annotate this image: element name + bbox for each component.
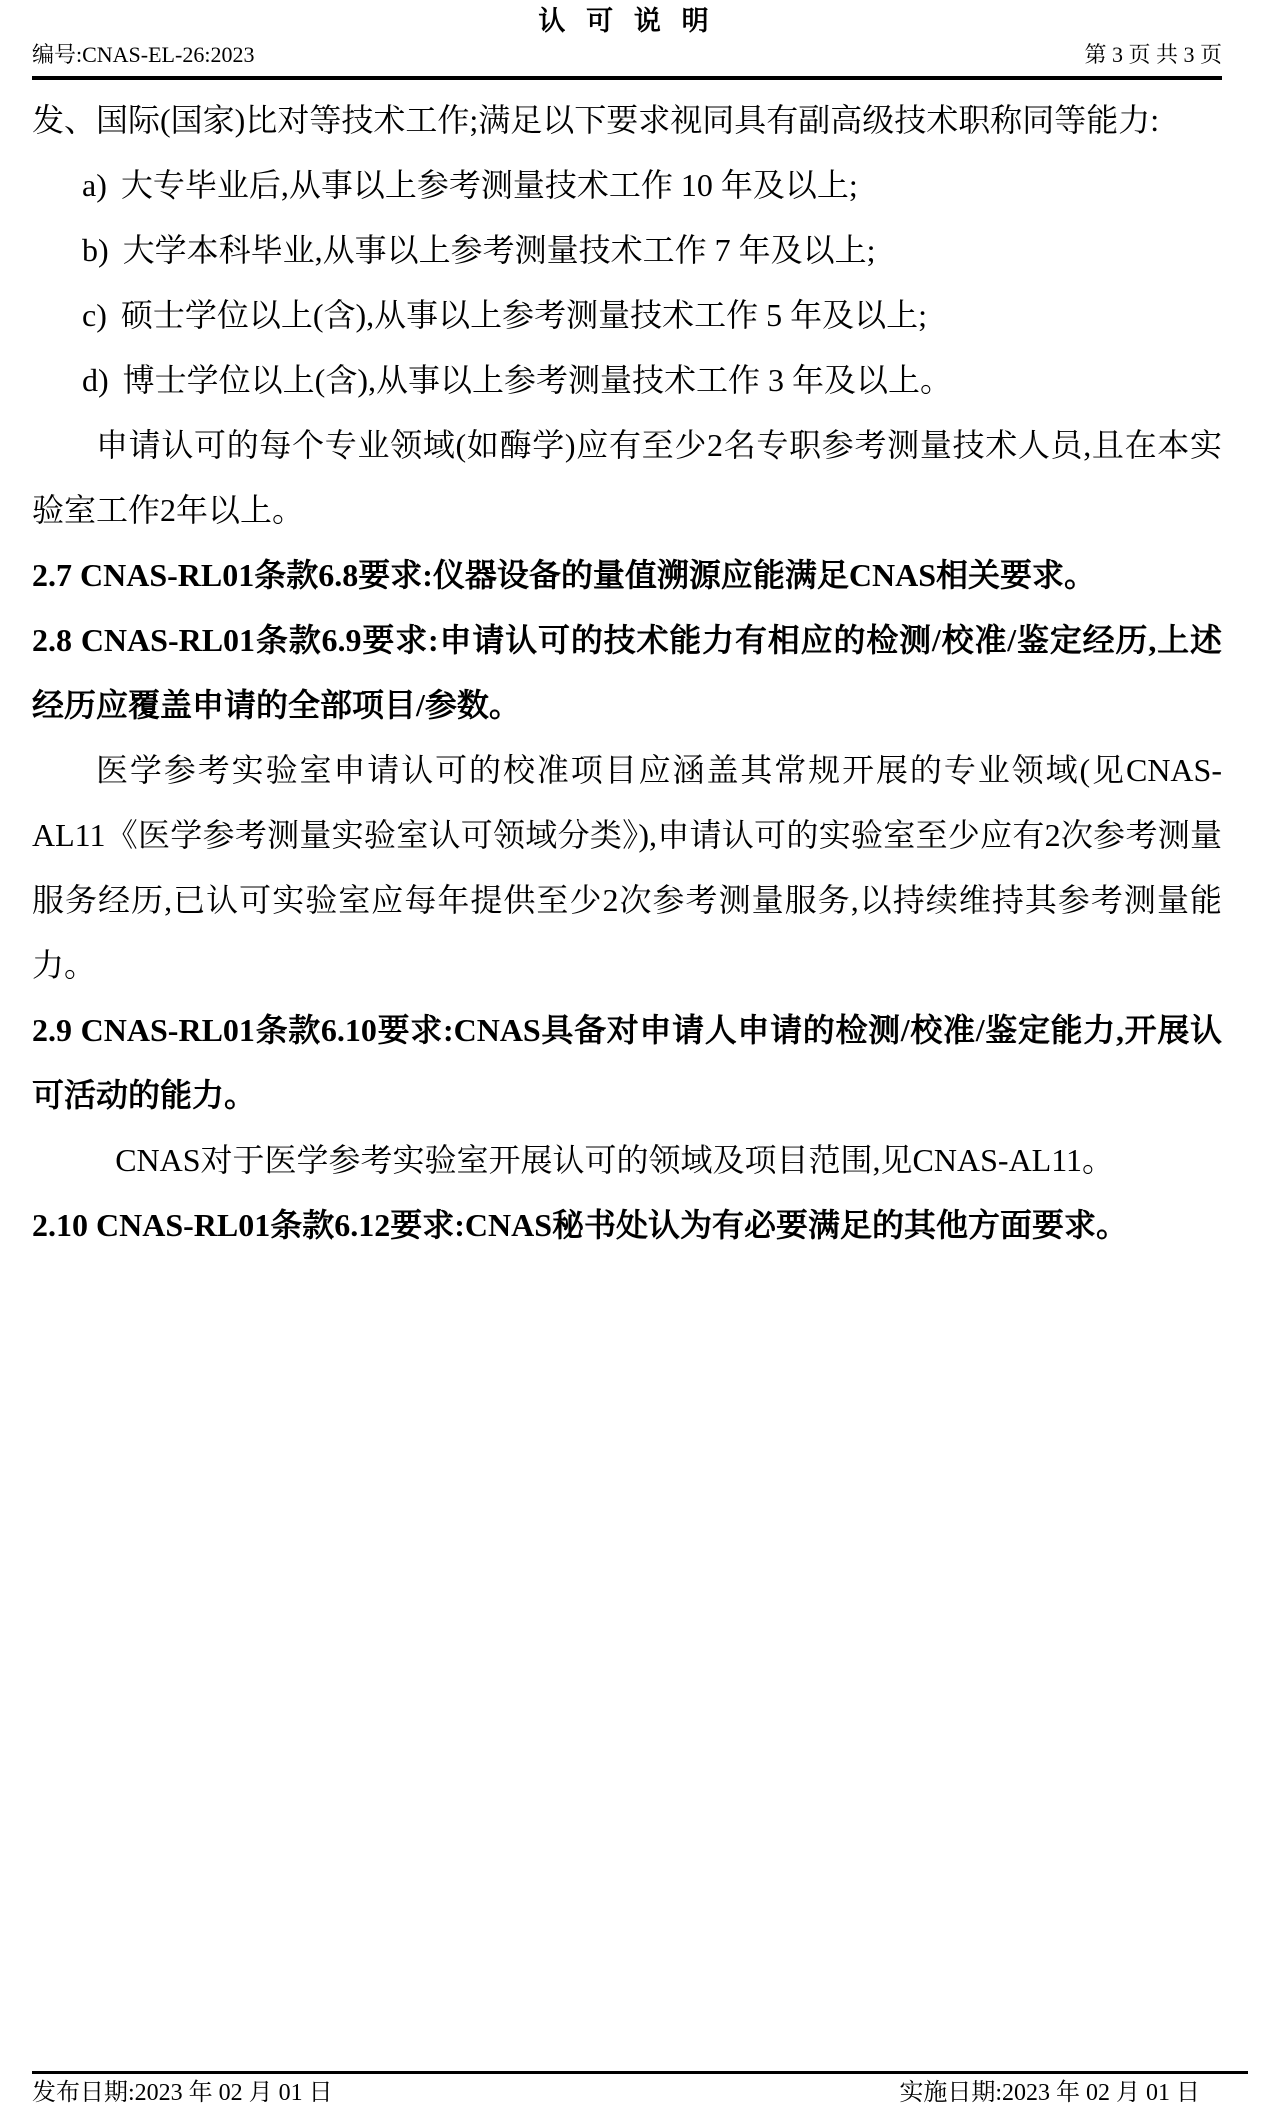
doc-number: 编号:CNAS-EL-26:2023 [32,40,254,70]
list-item: a)大专毕业后,从事以上参考测量技术工作 10 年及以上; [32,153,1222,218]
list-marker: d) [82,348,109,413]
header-meta-row: 编号:CNAS-EL-26:2023 第 3 页 共 3 页 [32,40,1222,70]
list-item: d)博士学位以上(含),从事以上参考测量技术工作 3 年及以上。 [32,348,1222,413]
paragraph-continuation: 发、国际(国家)比对等技术工作;满足以下要求视同具有副高级技术职称同等能力: [32,88,1222,153]
list-marker: c) [82,283,107,348]
clause-2-7: 2.7 CNAS-RL01条款6.8要求:仪器设备的量值溯源应能满足CNAS相关… [32,543,1222,608]
list-item-text: 硕士学位以上(含),从事以上参考测量技术工作 5 年及以上; [121,297,927,333]
implement-date: 实施日期:2023 年 02 月 01 日 [899,2074,1248,2112]
document-body: 发、国际(国家)比对等技术工作;满足以下要求视同具有副高级技术职称同等能力: a… [0,80,1280,1258]
list-marker: a) [82,153,107,218]
list-item-text: 大专毕业后,从事以上参考测量技术工作 10 年及以上; [121,167,858,203]
issue-date: 发布日期:2023 年 02 月 01 日 [32,2074,333,2112]
list-item: b)大学本科毕业,从事以上参考测量技术工作 7 年及以上; [32,218,1222,283]
clause-2-9: 2.9 CNAS-RL01条款6.10要求:CNAS具备对申请人申请的检测/校准… [32,998,1222,1128]
list-item-text: 大学本科毕业,从事以上参考测量技术工作 7 年及以上; [123,232,876,268]
page-number: 第 3 页 共 3 页 [1084,40,1222,70]
list-marker: b) [82,218,109,283]
document-page: 认 可 说 明 编号:CNAS-EL-26:2023 第 3 页 共 3 页 发… [0,0,1280,2114]
list-item-text: 博士学位以上(含),从事以上参考测量技术工作 3 年及以上。 [123,362,952,398]
page-footer: 发布日期:2023 年 02 月 01 日 实施日期:2023 年 02 月 0… [0,2071,1280,2114]
list-item: c)硕士学位以上(含),从事以上参考测量技术工作 5 年及以上; [32,283,1222,348]
clause-2-8: 2.8 CNAS-RL01条款6.9要求:申请认可的技术能力有相应的检测/校准/… [32,608,1222,738]
clause-2-10: 2.10 CNAS-RL01条款6.12要求:CNAS秘书处认为有必要满足的其他… [32,1193,1222,1258]
paragraph-scope: 医学参考实验室申请认可的校准项目应涵盖其常规开展的专业领域(见CNAS-AL11… [32,738,1222,998]
footer-dates-row: 发布日期:2023 年 02 月 01 日 实施日期:2023 年 02 月 0… [32,2074,1248,2114]
document-title: 认 可 说 明 [32,4,1222,38]
paragraph-al11-reference: CNAS对于医学参考实验室开展认可的领域及项目范围,见CNAS-AL11。 [32,1128,1222,1193]
paragraph-staff-requirement: 申请认可的每个专业领域(如酶学)应有至少2名专职参考测量技术人员,且在本实验室工… [32,413,1222,543]
page-header: 认 可 说 明 编号:CNAS-EL-26:2023 第 3 页 共 3 页 [0,0,1280,80]
